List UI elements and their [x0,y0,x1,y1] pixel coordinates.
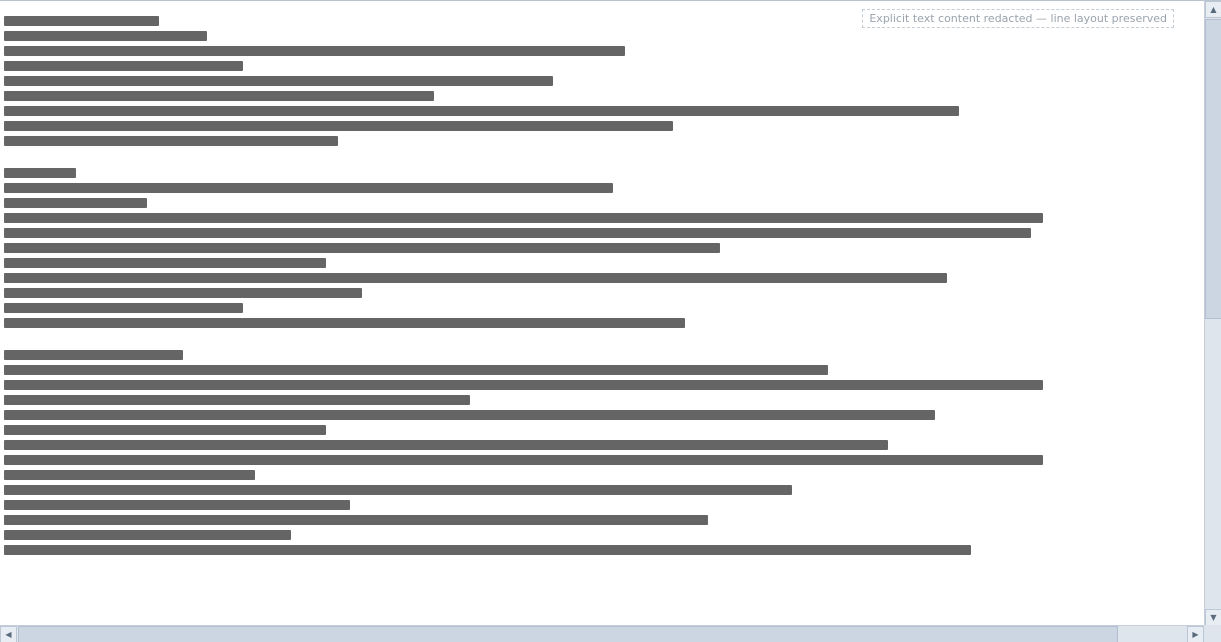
text-line-redacted [4,168,76,178]
scroll-down-arrow-icon[interactable]: ▼ [1205,609,1221,626]
document-viewport: Explicit text content redacted — line la… [0,0,1221,642]
horizontal-scrollbar[interactable]: ◀ ▶ [0,625,1204,642]
scroll-right-arrow-icon[interactable]: ▶ [1187,626,1204,642]
vertical-scrollbar[interactable]: ▲ ▼ [1204,1,1221,626]
text-line-redacted [4,425,326,435]
text-line-redacted [4,121,673,131]
text-line-redacted [4,16,159,26]
text-line-redacted [4,350,183,360]
horizontal-scroll-thumb[interactable] [18,626,1118,642]
text-line-redacted [4,303,243,313]
text-line-redacted [4,380,1043,390]
text-line-redacted [4,106,959,116]
text-line-redacted [4,243,720,253]
paragraph-container [4,16,1198,555]
text-line-redacted [4,485,792,495]
text-line-redacted [4,395,470,405]
paragraph [4,350,1198,555]
text-line-redacted [4,136,338,146]
text-line-redacted [4,545,971,555]
text-line-redacted [4,183,613,193]
scroll-left-arrow-icon[interactable]: ◀ [0,626,17,642]
text-line-redacted [4,500,350,510]
text-line-redacted [4,76,553,86]
text-line-redacted [4,31,207,41]
scrollbar-corner [1204,625,1221,642]
text-line-redacted [4,213,1043,223]
redaction-note: Explicit text content redacted — line la… [862,9,1174,28]
text-line-redacted [4,515,708,525]
text-line-redacted [4,258,326,268]
text-line-redacted [4,198,147,208]
scroll-up-arrow-icon[interactable]: ▲ [1205,1,1221,18]
vertical-scroll-thumb[interactable] [1205,19,1221,319]
text-line-redacted [4,455,1043,465]
text-line-redacted [4,318,685,328]
text-line-redacted [4,228,1031,238]
text-line-redacted [4,288,362,298]
text-line-redacted [4,440,888,450]
paragraph [4,16,1198,146]
paragraph [4,168,1198,328]
text-line-redacted [4,61,243,71]
document-content: Explicit text content redacted — line la… [0,1,1204,626]
text-line-redacted [4,410,935,420]
text-line-redacted [4,530,291,540]
text-line-redacted [4,273,947,283]
text-line-redacted [4,46,625,56]
text-line-redacted [4,470,255,480]
text-line-redacted [4,91,434,101]
text-line-redacted [4,365,828,375]
